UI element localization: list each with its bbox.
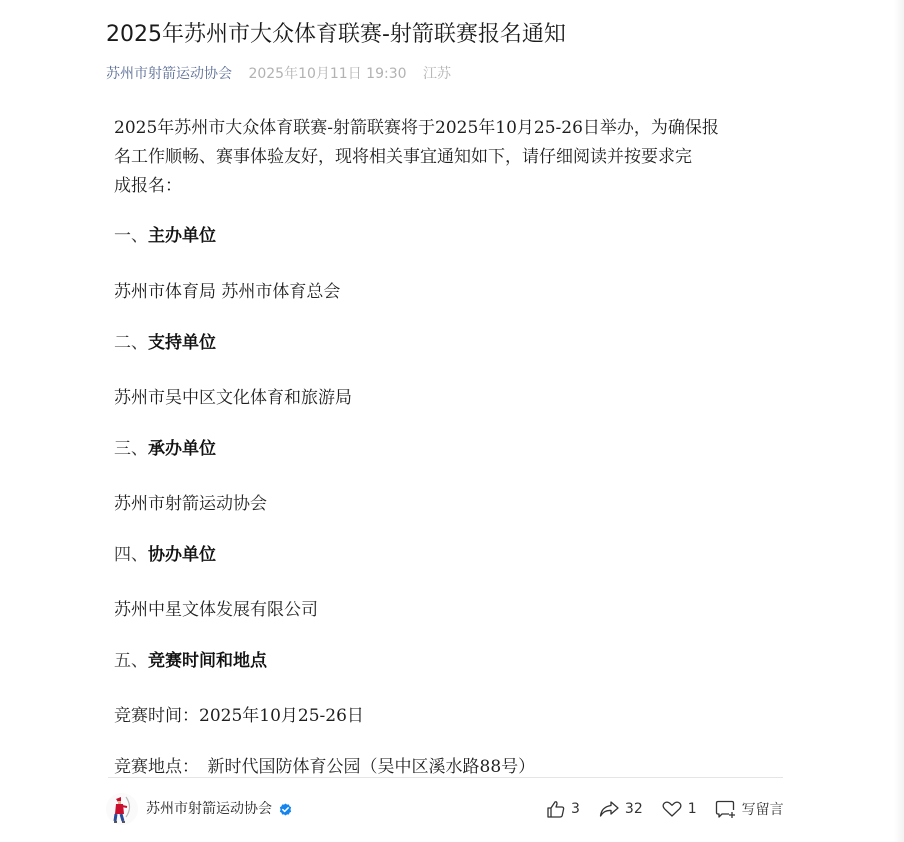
like-button[interactable]: 3 — [546, 799, 580, 819]
verified-badge-icon — [279, 803, 292, 816]
write-comment-button[interactable]: 写留言 — [715, 799, 784, 819]
section-body-host: 苏州市射箭运动协会 — [114, 492, 267, 516]
article-content: 2025年苏州市大众体育联赛-射箭联赛将于2025年10月25-26日举办，为确… — [114, 114, 634, 201]
favorite-button[interactable]: 1 — [661, 799, 697, 819]
section-body-supporter: 苏州市吴中区文化体育和旅游局 — [114, 386, 352, 410]
article-title: 2025年苏州市大众体育联赛-射箭联赛报名通知 — [106, 20, 566, 50]
section-body-co-organizer: 苏州中星文体发展有限公司 — [114, 598, 318, 622]
heart-icon — [661, 799, 683, 819]
article-footer-bar: 苏州市射箭运动协会 3 32 1 — [0, 777, 894, 842]
section-heading-supporter: 二、支持单位 — [114, 331, 216, 355]
publish-location: 江苏 — [423, 66, 451, 82]
section-body-organizer: 苏州市体育局 苏州市体育总会 — [114, 280, 340, 304]
share-arrow-icon — [598, 799, 620, 819]
article-page: 2025年苏州市大众体育联赛-射箭联赛报名通知 苏州市射箭运动协会 2025年1… — [0, 0, 894, 842]
write-comment-label: 写留言 — [742, 799, 784, 819]
section-heading-organizer: 一、主办单位 — [114, 224, 216, 248]
archer-avatar-icon — [106, 793, 138, 825]
section-heading-host: 三、承办单位 — [114, 437, 216, 461]
comment-add-icon — [715, 799, 737, 819]
like-count: 3 — [571, 801, 580, 817]
account-avatar[interactable] — [106, 793, 138, 825]
intro-line: 2025年苏州市大众体育联赛-射箭联赛将于2025年10月25-26日举办，为确… — [114, 114, 634, 143]
share-count: 32 — [625, 801, 643, 817]
favorite-count: 1 — [688, 801, 697, 817]
action-bar: 3 32 1 写留言 — [546, 798, 784, 820]
footer-divider — [108, 777, 783, 778]
intro-line: 名工作顺畅、赛事体验友好，现将相关事宜通知如下，请仔细阅读并按要求完 — [114, 143, 634, 172]
scroll-edge-shadow — [894, 0, 904, 842]
thumbs-up-icon — [546, 799, 566, 819]
section-body-venue: 竞赛地点： 新时代国防体育公园（吴中区溪水路88号） — [114, 755, 535, 779]
publish-date: 2025年10月11日 19:30 — [248, 66, 406, 82]
section-heading-co-organizer: 四、协办单位 — [114, 543, 216, 567]
section-heading-time-venue: 五、竞赛时间和地点 — [114, 649, 267, 673]
author-link[interactable]: 苏州市射箭运动协会 — [106, 66, 232, 82]
intro-line: 成报名： — [114, 172, 634, 201]
article-meta: 苏州市射箭运动协会 2025年10月11日 19:30 江苏 — [106, 64, 451, 84]
share-button[interactable]: 32 — [598, 799, 643, 819]
account-name[interactable]: 苏州市射箭运动协会 — [146, 800, 272, 818]
section-body-time: 竞赛时间：2025年10月25-26日 — [114, 704, 364, 728]
